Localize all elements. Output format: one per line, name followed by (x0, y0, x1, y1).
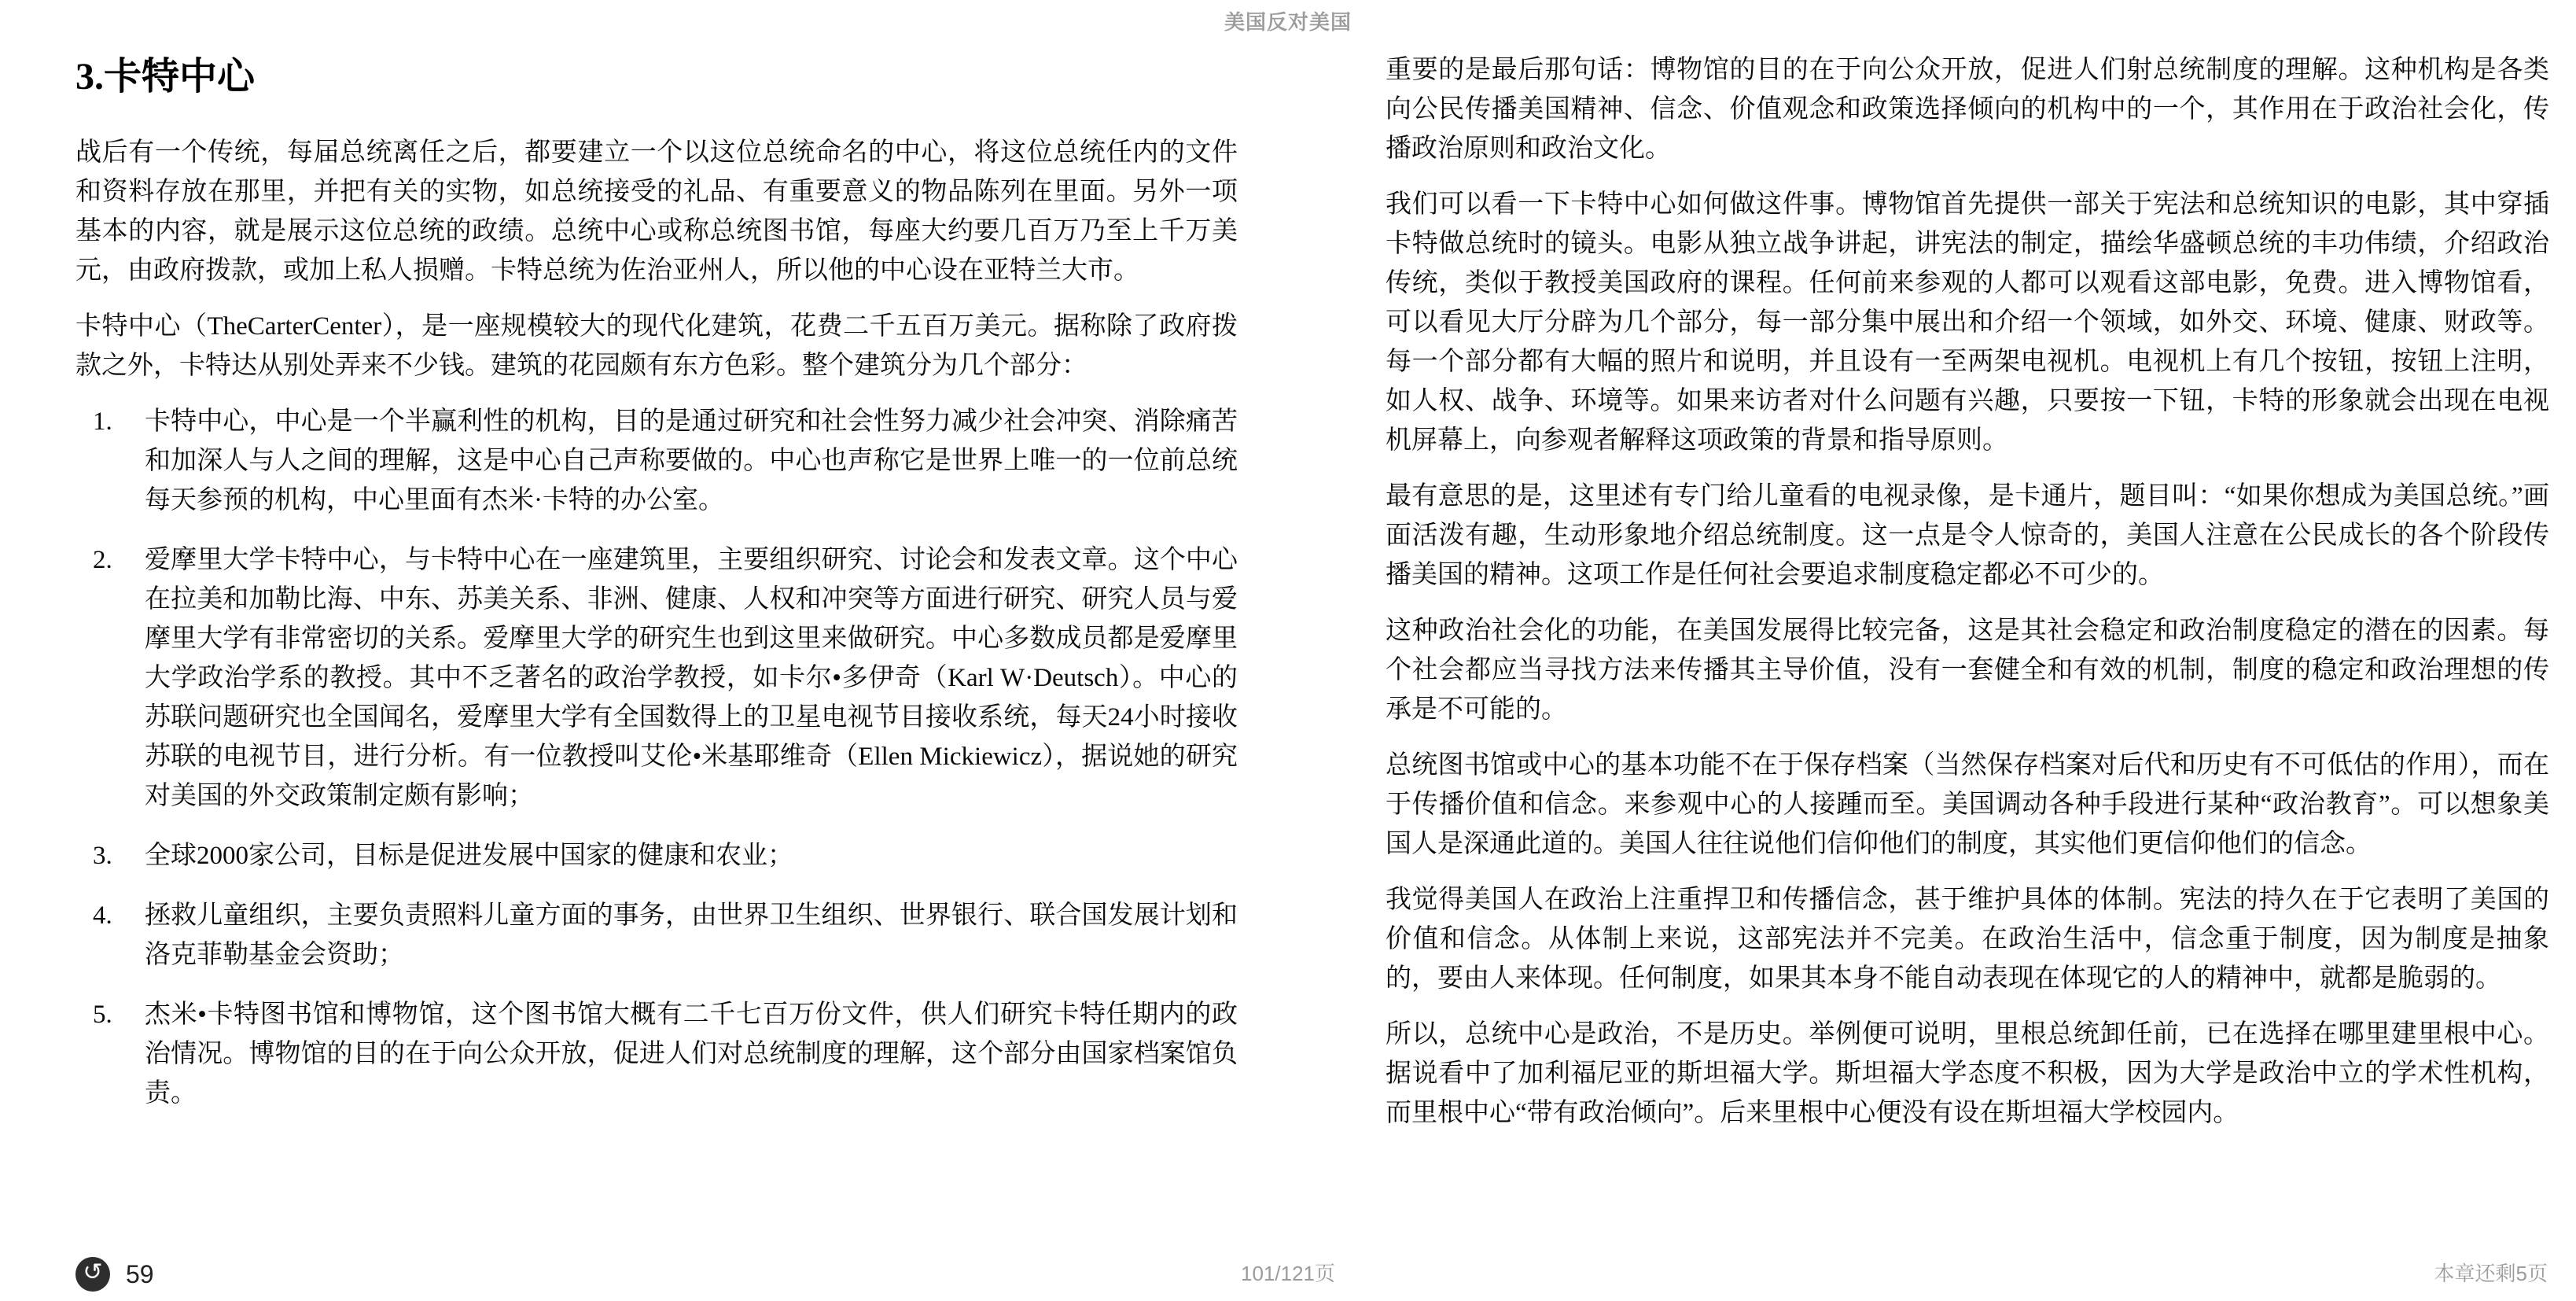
list-item-text: 卡特中心，中心是一个半赢利性的机构，目的是通过研究和社会性努力减少社会冲突、消除… (145, 407, 1238, 514)
right-page: 重要的是最后那句话：博物馆的目的在于向公众开放，促进人们射总统制度的理解。这种机… (1386, 50, 2549, 1149)
list-item-number: 5. (93, 995, 112, 1034)
book-title-header: 美国反对美国 (0, 6, 2576, 35)
left-page: 3.卡特中心 战后有一个传统，每届总统离任之后，都要建立一个以这位总统命名的中心… (75, 46, 1238, 1133)
list-item-text: 杰米•卡特图书馆和博物馆，这个图书馆大概有二千七百万份文件，供人们研究卡特任期内… (145, 1001, 1238, 1108)
paragraph: 总统图书馆或中心的基本功能不在于保存档案（当然保存档案对后代和历史有不可低估的作… (1386, 746, 2549, 864)
paragraph: 最有意思的是，这里述有专门给儿童看的电视录像，是卡通片，题目叫：“如果你想成为美… (1386, 477, 2549, 595)
list-item-text: 爱摩里大学卡特中心，与卡特中心在一座建筑里，主要组织研究、讨论会和发表文章。这个… (145, 546, 1238, 810)
list-item: 3. 全球2000家公司，目标是促进发展中国家的健康和农业； (75, 836, 1238, 875)
back-to-page-control[interactable]: ↺ 59 (75, 1257, 154, 1292)
back-page-number[interactable]: 59 (126, 1260, 154, 1289)
paragraph: 卡特中心（TheCarterCenter），是一座规模较大的现代化建筑，花费二千… (75, 307, 1238, 385)
list-item: 2. 爱摩里大学卡特中心，与卡特中心在一座建筑里，主要组织研究、讨论会和发表文章… (75, 540, 1238, 816)
paragraph: 所以，总统中心是政治，不是历史。举例便可说明，里根总统卸任前，已在选择在哪里建里… (1386, 1015, 2549, 1133)
reader-window: 美国反对美国 3.卡特中心 战后有一个传统，每届总统离任之后，都要建立一个以这位… (0, 0, 2576, 1301)
list-item: 1. 卡特中心，中心是一个半赢利性的机构，目的是通过研究和社会性努力减少社会冲突… (75, 402, 1238, 520)
page-indicator: 101/121页 (1241, 1258, 1335, 1287)
section-title: 3.卡特中心 (75, 46, 1238, 100)
list-item-number: 2. (93, 540, 112, 580)
back-button[interactable]: ↺ (75, 1257, 110, 1292)
list-item-number: 3. (93, 836, 112, 875)
chapter-remaining-label: 本章还剩5页 (2434, 1258, 2548, 1287)
list-item-text: 拯救儿童组织，主要负责照料儿童方面的事务，由世界卫生组织、世界银行、联合国发展计… (145, 901, 1238, 969)
paragraph: 我们可以看一下卡特中心如何做这件事。博物馆首先提供一部关于宪法和总统知识的电影，… (1386, 185, 2549, 460)
paragraph: 重要的是最后那句话：博物馆的目的在于向公众开放，促进人们射总统制度的理解。这种机… (1386, 50, 2549, 168)
paragraph: 这种政治社会化的功能，在美国发展得比较完备，这是其社会稳定和政治制度稳定的潜在的… (1386, 611, 2549, 729)
list-item-number: 1. (93, 402, 112, 441)
paragraph: 战后有一个传统，每届总统离任之后，都要建立一个以这位总统命名的中心，将这位总统任… (75, 133, 1238, 290)
list-item: 5. 杰米•卡特图书馆和博物馆，这个图书馆大概有二千七百万份文件，供人们研究卡特… (75, 995, 1238, 1113)
paragraph: 我觉得美国人在政治上注重捍卫和传播信念，甚于维护具体的体制。宪法的持久在于它表明… (1386, 880, 2549, 998)
building-parts-list: 1. 卡特中心，中心是一个半赢利性的机构，目的是通过研究和社会性努力减少社会冲突… (75, 402, 1238, 1113)
list-item-number: 4. (93, 896, 112, 935)
list-item: 4. 拯救儿童组织，主要负责照料儿童方面的事务，由世界卫生组织、世界银行、联合国… (75, 896, 1238, 975)
back-arrow-icon: ↺ (83, 1261, 102, 1284)
list-item-text: 全球2000家公司，目标是促进发展中国家的健康和农业； (145, 842, 793, 870)
